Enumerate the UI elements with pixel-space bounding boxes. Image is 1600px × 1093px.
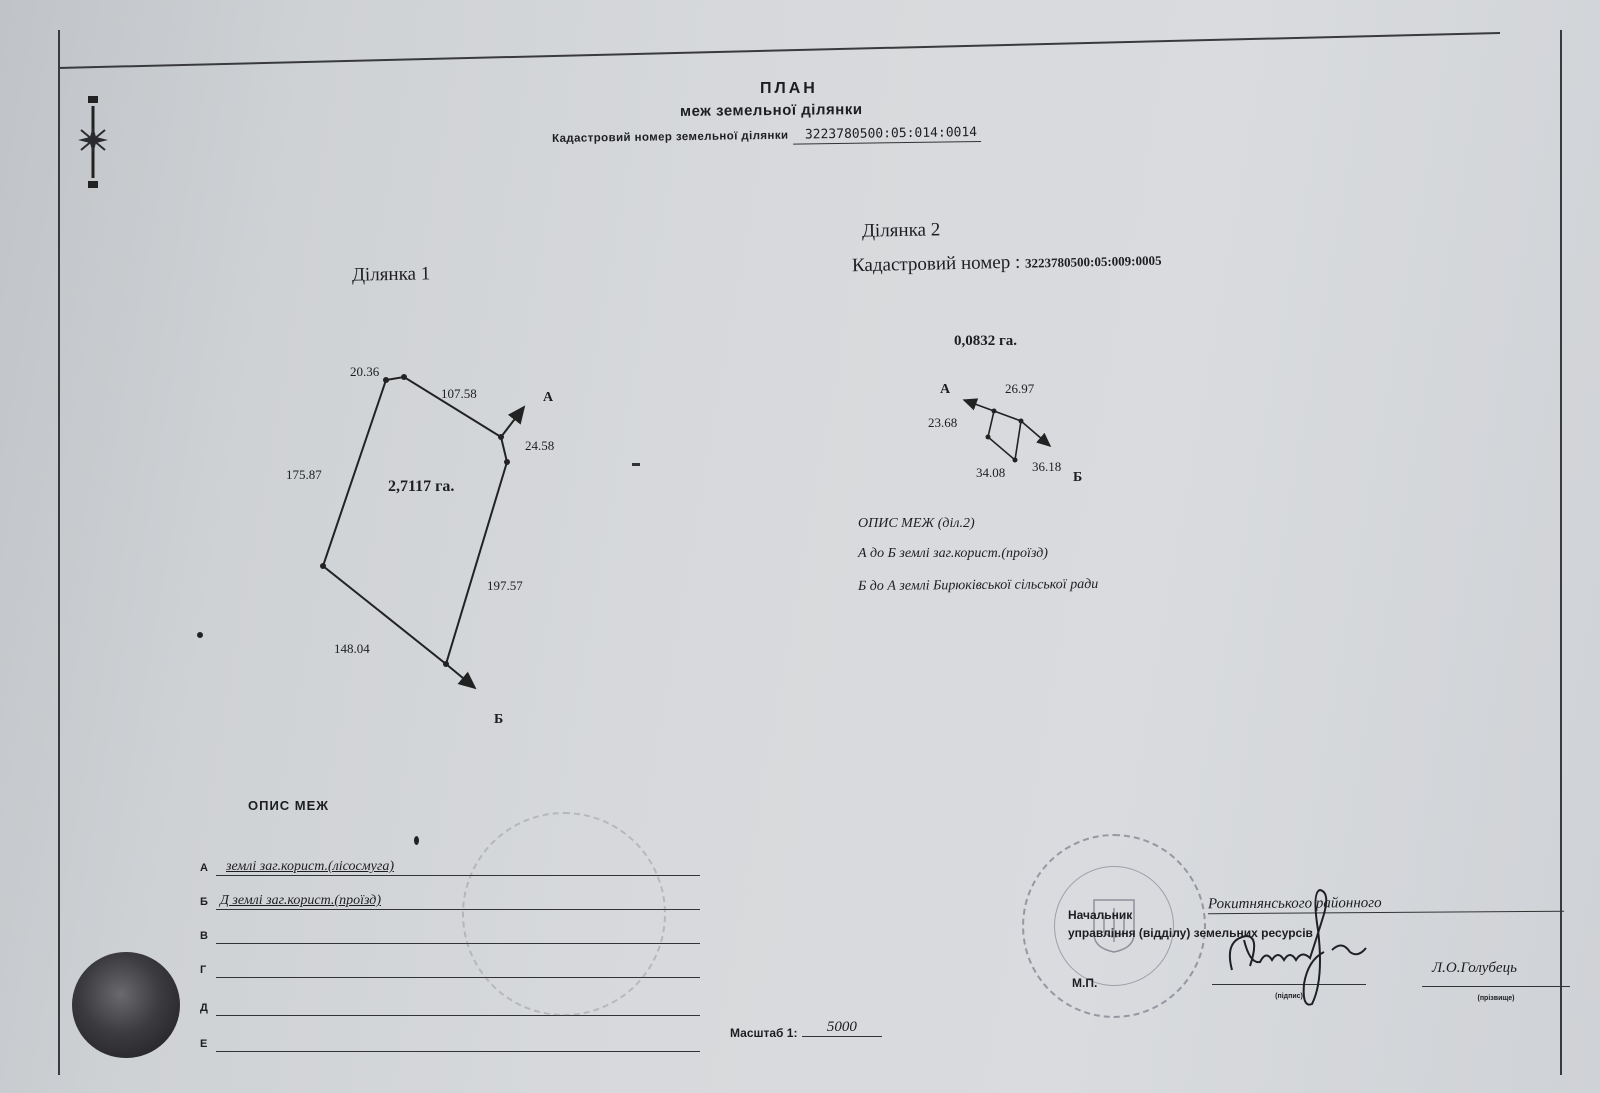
round-smudge bbox=[72, 952, 180, 1058]
parcel1-dim-5: 197.57 bbox=[487, 578, 523, 594]
parcel2-area: 0,0832 га. bbox=[954, 333, 1017, 350]
boundary-row-letter: Е bbox=[200, 1038, 214, 1050]
parcel2-boundary-line-1: А до Б землі заг.корист.(проїзд) bbox=[858, 546, 1048, 562]
parcel2-boundary-line-2: Б до А землі Бирюківської сільської ради bbox=[858, 577, 1098, 595]
seal-label: М.П. bbox=[1072, 976, 1097, 990]
boundary-row-letter: Г bbox=[200, 964, 214, 976]
parcel2-dim-2: 23.68 bbox=[928, 415, 957, 431]
parcel2-boundary-title: ОПИС МЕЖ (діл.2) bbox=[858, 516, 975, 532]
boundary-row-d: Д bbox=[200, 998, 700, 1018]
boundary-row-text: землі заг.корист.(лісосмуга) bbox=[226, 859, 394, 875]
parcel2-point-a: А bbox=[940, 382, 950, 398]
parcel2-title: Ділянка 2 bbox=[862, 219, 941, 242]
parcel2-cadastral-label: Кадастровий номер : bbox=[852, 252, 1021, 277]
boundary-row-letter: А bbox=[200, 862, 214, 874]
ink-speck bbox=[197, 632, 203, 638]
boundary-row-letter: Б bbox=[200, 896, 214, 908]
parcel2-dim-3: 34.08 bbox=[976, 465, 1005, 481]
position-line-1: Начальник bbox=[1068, 908, 1132, 922]
boundary-row-e: Е bbox=[200, 1034, 700, 1054]
name-line: (прізвище) bbox=[1422, 986, 1570, 1005]
boundary-row-letter: Д bbox=[200, 1002, 214, 1014]
parcel1-area: 2,7117 га. bbox=[388, 478, 454, 496]
parcel1-dim-2: 107.58 bbox=[441, 386, 477, 402]
parcel1-dim-6: 148.04 bbox=[334, 641, 370, 657]
parcel1-dim-3: 24.58 bbox=[525, 438, 554, 454]
parcel1-point-b: Б bbox=[494, 712, 503, 728]
parcel1-point-a: А bbox=[543, 390, 553, 406]
name-caption: (прізвище) bbox=[1478, 995, 1515, 1002]
scale-value: 5000 bbox=[802, 1019, 882, 1037]
parcel2-point-b: Б bbox=[1073, 470, 1082, 486]
parcel2-dim-1: 26.97 bbox=[1005, 381, 1034, 397]
parcel1-dim-4: 175.87 bbox=[286, 467, 322, 483]
signature-scribble bbox=[1220, 880, 1390, 1010]
faint-stamp bbox=[462, 812, 666, 1016]
parcel2-cadastral-number: 3223780500:05:009:0005 bbox=[1025, 253, 1162, 271]
parcel2-dim-4: 36.18 bbox=[1032, 459, 1061, 475]
boundary-row-text: Д землі заг.корист.(проїзд) bbox=[220, 893, 381, 909]
signatory-name: Л.О.Голубець bbox=[1432, 960, 1517, 977]
document-page: ПЛАН меж земельної ділянки Кадастровий н… bbox=[0, 0, 1600, 1093]
parcel1-dim-1: 20.36 bbox=[350, 364, 379, 380]
boundary-row-letter: В bbox=[200, 930, 214, 942]
scale-label: Масштаб 1: bbox=[730, 1026, 797, 1040]
ink-speck bbox=[414, 836, 419, 845]
scale-row: Масштаб 1: 5000 bbox=[730, 1024, 882, 1043]
ink-speck bbox=[632, 463, 640, 466]
boundary-description-heading: ОПИС МЕЖ bbox=[248, 798, 329, 813]
